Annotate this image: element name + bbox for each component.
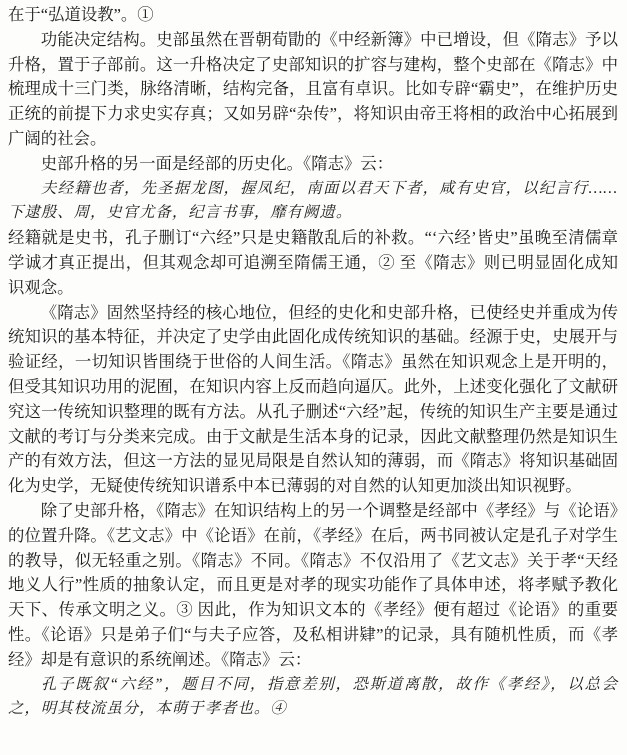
paragraph-jingji-is-history: 经籍就是史书，孔子删订“六经”只是史籍散乱后的补救。“‘六经’皆史”虽晚至清儒章…: [8, 226, 618, 300]
paragraph-suizhi-knowledge-concept: 《隋志》固然坚持经的核心地位，但经的史化和史部升格，已使经史并重成为传统知识的基…: [8, 301, 618, 499]
paragraph-function-determines-structure: 功能决定结构。史部虽然在晋朝荀勖的《中经新簿》中已增设，但《隋志》予以升格，置于…: [8, 28, 618, 152]
paragraph-jingbu-historicization-intro: 史部升格的另一面是经部的历史化。《隋志》云：: [8, 152, 618, 177]
blockquote-suizhi-xiaojing: 孔子既叙“六经”，题目不同，指意差别，恐斯道离散，故作《孝经》，以总会之，明其枝…: [8, 673, 618, 723]
paragraph-xiaojing-lunyu-reorder: 除了史部升格，《隋志》在知识结构上的另一个调整是经部中《孝经》与《论语》的位置升…: [8, 499, 618, 673]
blockquote-suizhi-jingji: 夫经籍也者，先圣据龙图，握凤纪，南面以君天下者，咸有史官，以纪言行……下逮殷、周…: [8, 177, 618, 227]
paragraph-continuation-opening: 在于“弘道设教”。①: [8, 3, 618, 28]
document-page: 在于“弘道设教”。① 功能决定结构。史部虽然在晋朝荀勖的《中经新簿》中已增设，但…: [0, 0, 627, 755]
